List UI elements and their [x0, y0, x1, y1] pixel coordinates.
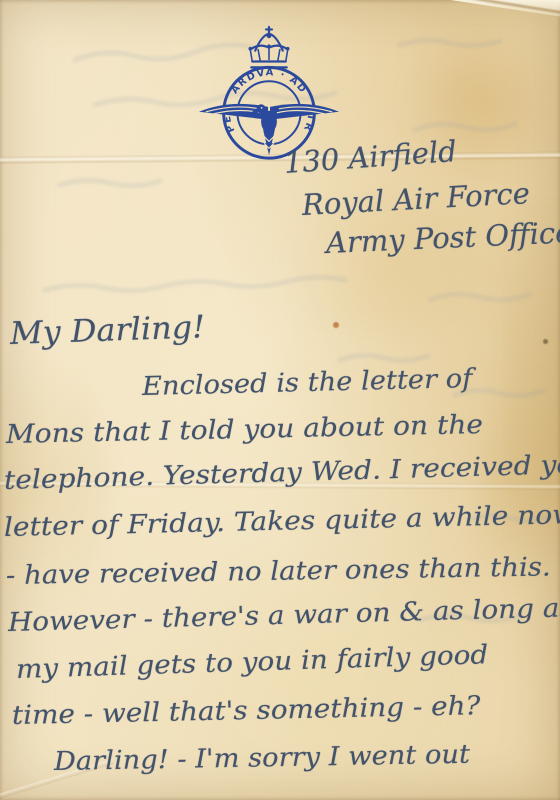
address-line: Army Post Office — [325, 215, 560, 260]
letter-line: telephone. Yesterday Wed. I received you… — [4, 449, 560, 496]
paper-tear-shadow — [446, 0, 560, 14]
crown-icon — [248, 27, 289, 67]
letter-line: However - there's a war on & as long as — [8, 593, 560, 638]
address-line: Royal Air Force — [301, 176, 530, 222]
letter-line: - have received no later ones than this. — [6, 552, 551, 591]
salutation: My Darling! — [9, 309, 205, 352]
letter-line: Enclosed is the letter of — [142, 364, 473, 402]
paper-tear — [438, 0, 560, 28]
motto-ring: ARDVA · AD PER ASTRA — [190, 24, 316, 158]
letter-sheet: ARDVA · AD PER ASTRA 130 AirfieldRoyal A… — [0, 0, 560, 800]
letter-line: Mons that I told you about on the — [6, 410, 484, 450]
letter-line: letter of Friday. Takes quite a while no… — [4, 500, 560, 543]
letter-line: my mail gets to you in fairly good — [16, 640, 489, 685]
ink-speck — [543, 339, 548, 344]
letter-line: Darling! - I'm sorry I went out — [54, 740, 470, 777]
letter-line: time - well that's something - eh? — [12, 691, 481, 731]
rust-speck — [333, 322, 339, 328]
